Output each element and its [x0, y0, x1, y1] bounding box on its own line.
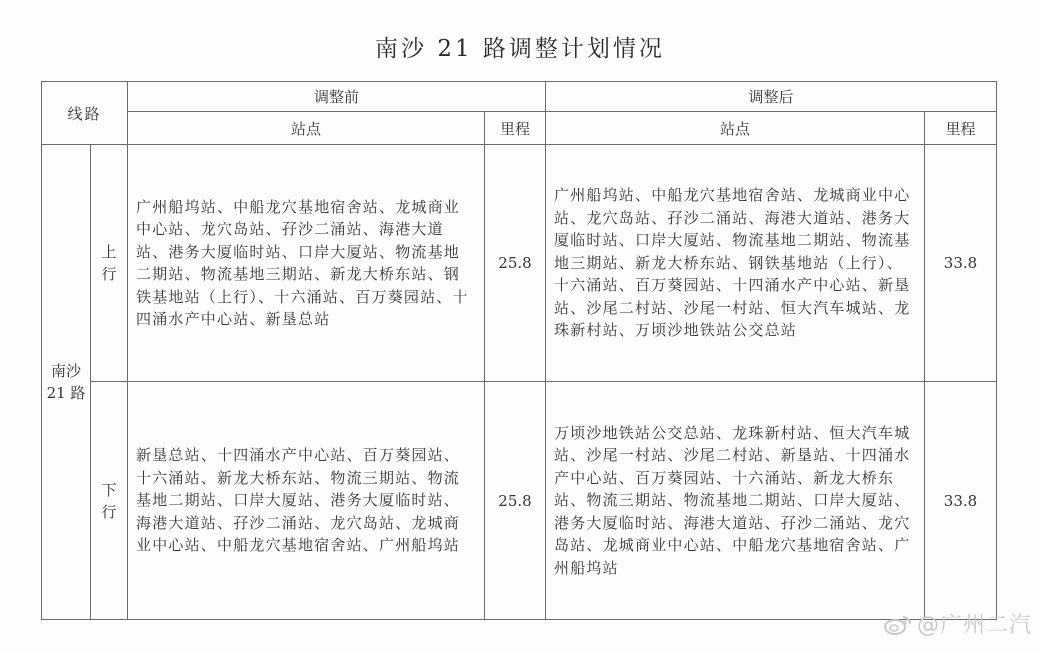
- header-before-stations: 站点: [128, 112, 485, 145]
- header-after-stations: 站点: [546, 112, 925, 145]
- up-before-mileage: 25.8: [485, 145, 546, 382]
- route-name-line1: 南沙: [42, 360, 90, 382]
- table-row: 南沙 21 路 上 行 广州船坞站、中船龙穴基地宿舍站、龙城商业中心站、龙穴岛站…: [42, 145, 997, 382]
- up-after-mileage: 33.8: [925, 145, 997, 382]
- document-title: 南沙 21 路调整计划情况: [0, 30, 1040, 63]
- header-after: 调整后: [546, 82, 997, 112]
- down-before-stations: 新垦总站、十四涌水产中心站、百万葵园站、十六涌站、新龙大桥东站、物流三期站、物流…: [128, 382, 485, 620]
- weibo-icon: [883, 613, 913, 635]
- down-after-stations: 万顷沙地铁站公交总站、龙珠新村站、恒大汽车城站、沙尾一村站、沙尾二村站、新垦站、…: [546, 382, 925, 620]
- adjustment-table: 线路 调整前 调整后 站点 里程 站点 里程 南沙 21 路 上 行 广州船坞站…: [41, 81, 997, 620]
- weibo-watermark: @广州二汽: [883, 608, 1032, 639]
- header-line: 线路: [42, 82, 128, 145]
- up-before-stations: 广州船坞站、中船龙穴基地宿舍站、龙城商业中心站、龙穴岛站、孖沙二涌站、海港大道站…: [128, 145, 485, 382]
- direction-label: 上: [91, 241, 127, 263]
- direction-down: 下 行: [91, 382, 128, 620]
- table-row: 下 行 新垦总站、十四涌水产中心站、百万葵园站、十六涌站、新龙大桥东站、物流三期…: [42, 382, 997, 620]
- direction-label: 下: [91, 479, 127, 501]
- header-before: 调整前: [128, 82, 546, 112]
- watermark-text: @广州二汽: [917, 608, 1032, 639]
- up-after-stations: 广州船坞站、中船龙穴基地宿舍站、龙城商业中心站、龙穴岛站、孖沙二涌站、海港大道站…: [546, 145, 925, 382]
- direction-label: 行: [91, 263, 127, 285]
- route-name-line2: 21 路: [42, 382, 90, 404]
- route-name: 南沙 21 路: [42, 145, 91, 620]
- down-after-mileage: 33.8: [925, 382, 997, 620]
- direction-up: 上 行: [91, 145, 128, 382]
- header-before-mileage: 里程: [485, 112, 546, 145]
- direction-label: 行: [91, 501, 127, 523]
- header-after-mileage: 里程: [925, 112, 997, 145]
- down-before-mileage: 25.8: [485, 382, 546, 620]
